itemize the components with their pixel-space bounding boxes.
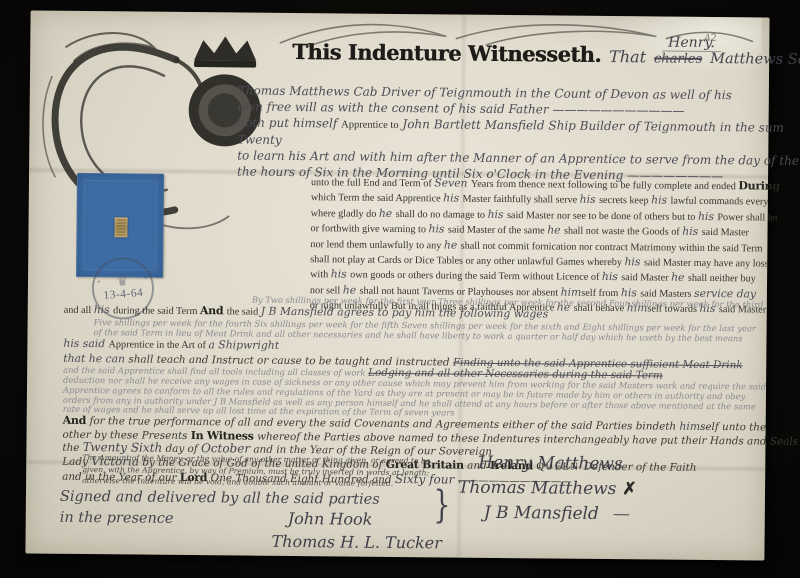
attestation-line1: Signed and delivered by all the said par…	[60, 487, 380, 511]
photograph-of-indenture: { "photo": { "pencil_mark": "42" }, "col…	[0, 0, 800, 578]
title-that: That	[609, 47, 646, 66]
indenture-document: •• ♛ 13-4-64 42 This Indenture Witnesset…	[25, 10, 769, 560]
witness-signature-tucker: Thomas H. L. Tucker	[271, 532, 441, 553]
signature-thomas-matthews: Thomas Matthews✗	[458, 478, 637, 500]
signature-mansfield-text: J B Mansfield	[484, 503, 599, 524]
struck-name: charles	[654, 51, 702, 66]
signature-thomas-text: Thomas Matthews	[458, 478, 617, 500]
intro-paragraph: Thomas Matthews Cab Driver of Teignmouth…	[237, 82, 800, 185]
name-correction: charles Henry.	[654, 49, 702, 67]
signature-henry-matthews: Henry Matthews	[478, 453, 623, 474]
mansfield-dash: —	[613, 504, 630, 524]
inserted-name: Henry.	[662, 35, 721, 53]
stamp-gold-emboss	[114, 217, 127, 237]
title-blackletter: This Indenture Witnesseth.	[292, 39, 601, 67]
title-line: This Indenture Witnesseth. That charles …	[292, 39, 800, 69]
witness-signature-hook: John Hook	[288, 509, 373, 529]
thomas-x-mark: ✗	[622, 479, 636, 499]
premium-note: The Amount of the Money, or the value of…	[82, 451, 430, 489]
crown-icon: ♛	[116, 276, 129, 289]
title-rest: Matthews Son of	[710, 51, 800, 68]
attestation-brace: }	[433, 482, 450, 526]
signature-jb-mansfield: J B Mansfield—	[484, 503, 630, 524]
